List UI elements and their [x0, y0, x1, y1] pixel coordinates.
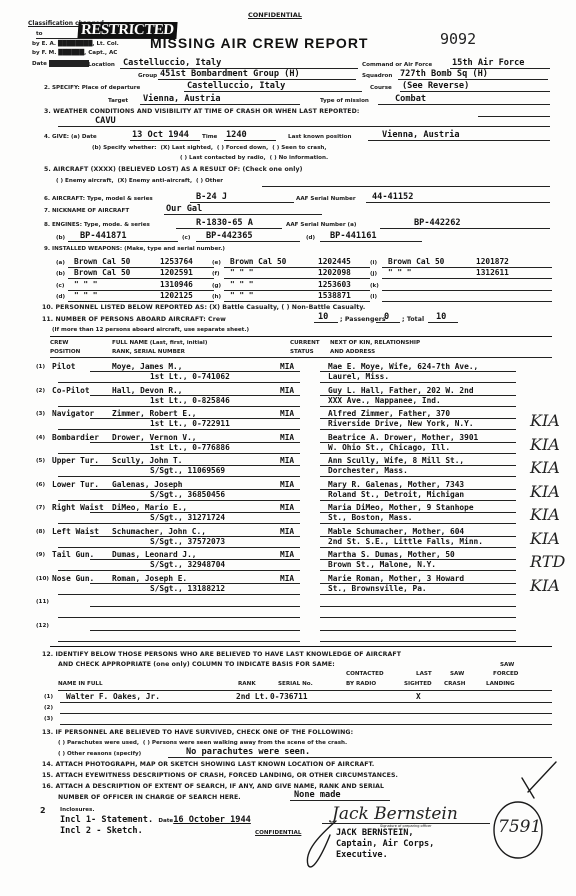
rule	[60, 724, 552, 725]
rule	[158, 79, 356, 80]
rule	[68, 301, 214, 302]
rule	[50, 357, 552, 358]
location-label: Location	[88, 62, 115, 68]
crew-row-number: (10)	[36, 576, 49, 582]
rule	[320, 476, 516, 477]
engines-type-value: R-1830-65 A	[196, 218, 253, 228]
rule	[50, 646, 552, 647]
specify-whether-row2: ( ) Last contacted by radio, ( ) No info…	[180, 155, 328, 161]
rule	[58, 641, 300, 642]
crew-kin-line-1: Alfred Zimmer, Father, 370	[328, 409, 450, 418]
col-crash-1: SAW	[450, 671, 464, 677]
crew-position: Co-Pilot	[52, 386, 90, 395]
report-number: 9092	[440, 30, 476, 48]
weapon-serial: 1312611	[476, 268, 509, 277]
search-value: None made	[294, 790, 341, 800]
rule	[190, 202, 294, 203]
witness-rank: 2nd Lt.	[236, 692, 269, 701]
attach-search-label-1: 16. ATTACH A DESCRIPTION OF EXTENT OF SE…	[42, 783, 384, 790]
weapon-make: " " "	[230, 268, 253, 277]
engine-b-label: (b)	[56, 235, 65, 241]
col-header-kin-2: AND ADDRESS	[330, 349, 375, 355]
weapon-id: (k)	[370, 283, 379, 289]
course-value: (See Reverse)	[402, 81, 469, 91]
weapon-serial: 1310946	[160, 280, 193, 289]
rule	[376, 322, 400, 323]
weapon-serial: 1202591	[160, 268, 193, 277]
crew-row-number: (2)	[36, 388, 45, 394]
date-value: 13 Oct 1944	[132, 130, 189, 140]
weapon-id: (l)	[370, 294, 377, 300]
witness-sighted-mark: X	[416, 692, 421, 701]
last-knowledge-label-1: 12. IDENTIFY BELOW THOSE PERSONS WHO ARE…	[42, 651, 401, 658]
rule	[58, 570, 300, 571]
passengers-count: 0	[384, 312, 389, 322]
rule	[90, 630, 300, 631]
engine-serial-label: AAF Serial Number (a)	[286, 222, 356, 228]
crew-position: Right Waist	[52, 503, 104, 512]
crew-kin-line-2: Dorchester, Mass.	[328, 466, 408, 475]
rule	[320, 641, 516, 642]
engine-serial-c: BP-442365	[206, 231, 253, 241]
weapon-serial: 1253603	[318, 280, 351, 289]
weapon-serial: 1253764	[160, 257, 193, 266]
rule	[382, 290, 552, 291]
crew-annotation: KIA	[530, 411, 560, 430]
rule	[320, 442, 516, 443]
no-information-checkbox: ( ) No information.	[270, 155, 329, 161]
crew-position: Navigator	[52, 409, 94, 418]
rule	[90, 489, 300, 490]
crew-kin-line-1: Martha S. Dumas, Mother, 50	[328, 550, 455, 559]
col-rank: RANK	[238, 681, 256, 687]
rule	[320, 630, 516, 631]
crew-kin-line-2: Roland St., Detroit, Michigan	[328, 490, 464, 499]
crew-position: Lower Tur.	[52, 480, 99, 489]
aircraft-type-value: B-24 J	[196, 192, 227, 202]
crew-kin-line-1: Guy L. Hall, Father, 202 W. 2nd	[328, 386, 474, 395]
crew-rank-serial: 1st Lt., 0-825846	[150, 396, 230, 405]
rule	[224, 140, 276, 141]
crew-kin-line-2: W. Ohio St., Chicago, Ill.	[328, 443, 450, 452]
rule	[90, 395, 300, 396]
crew-kin-line-1: Mae E. Moye, Wife, 624-7th Ave.,	[328, 362, 478, 371]
crew-name: Zimmer, Robert E.,	[112, 409, 197, 418]
crew-status: MIA	[280, 386, 294, 395]
crew-position: Left Waist	[52, 527, 99, 536]
crew-name: DiMeo, Mario E.,	[112, 503, 187, 512]
rule	[36, 38, 156, 39]
crew-name: Schumacher, John C.,	[112, 527, 206, 536]
crew-annotation: KIA	[530, 435, 560, 454]
engine-serial-a: BP-442262	[414, 218, 461, 228]
enemy-aircraft-checkbox: ( ) Enemy aircraft,	[56, 178, 114, 184]
crew-rank-serial: S/Sgt., 13188212	[150, 584, 225, 593]
crew-row-number: (8)	[36, 529, 45, 535]
weapon-make: " " "	[230, 291, 253, 300]
total-label: ; Total	[402, 316, 424, 323]
crew-position: Tail Gun.	[52, 550, 94, 559]
witness-name: Walter F. Oakes, Jr.	[66, 692, 160, 701]
crew-position: Nose Gun.	[52, 574, 94, 583]
rule	[320, 500, 516, 501]
rule	[428, 322, 458, 323]
engine-serial-b: BP-441871	[80, 231, 127, 241]
rule	[290, 800, 390, 801]
rule	[90, 442, 300, 443]
weapons-label: 9. INSTALLED WEAPONS: (Make, type and se…	[44, 246, 225, 252]
rule	[58, 500, 300, 501]
crew-rank-serial: S/Sgt., 11069569	[150, 466, 225, 475]
enclosure-2: Incl 2 - Sketch.	[60, 826, 143, 836]
weapon-serial: 1202125	[160, 291, 193, 300]
col-name: NAME IN FULL	[58, 681, 103, 687]
crew-status: MIA	[280, 480, 294, 489]
weapon-id: (d)	[56, 294, 65, 300]
enclosures-label: Inclosures.	[60, 807, 94, 813]
crew-position: Upper Tur.	[52, 456, 99, 465]
col-serial: SERIAL No.	[278, 681, 313, 687]
col-sighted-1: LAST	[416, 671, 432, 677]
witness-row-number: (1)	[44, 694, 53, 700]
rule	[58, 594, 300, 595]
weapon-make: " " "	[74, 291, 97, 300]
crew-kin-line-2: St., Brownsville, Pa.	[328, 584, 427, 593]
crew-row-number: (5)	[36, 458, 45, 464]
engine-d-label: (d)	[306, 235, 315, 241]
rule	[58, 126, 550, 127]
rule	[224, 278, 370, 279]
mission-value: Combat	[395, 94, 426, 104]
crew-row-number: (7)	[36, 505, 45, 511]
rule	[58, 690, 552, 691]
rule	[314, 322, 338, 323]
crew-name: Hall, Devon R.,	[112, 386, 182, 395]
position-label: Last known position	[288, 134, 351, 140]
weapon-id: (c)	[56, 283, 64, 289]
rule	[320, 395, 516, 396]
rule	[58, 523, 300, 524]
col-radio-1: CONTACTED	[346, 671, 384, 677]
to-label: to	[36, 31, 43, 37]
crew-row-number: (4)	[36, 435, 45, 441]
weapon-id: (b)	[56, 271, 65, 277]
rule	[60, 713, 552, 714]
crew-kin-line-1: Ann Scully, Wife, 8 Mill St.,	[328, 456, 464, 465]
weapon-serial: 1538871	[318, 291, 351, 300]
weapon-serial: 1202445	[318, 257, 351, 266]
rule	[58, 429, 300, 430]
witness-serial: 0-736711	[270, 692, 308, 701]
engine-serial-d: BP-441161	[330, 231, 377, 241]
rule	[176, 228, 282, 229]
crew-kin-line-2: XXX Ave., Nappanee, Ind.	[328, 396, 441, 405]
weapon-make: " " "	[388, 268, 411, 277]
crew-position: Pilot	[52, 362, 75, 371]
page-title: MISSING AIR CREW REPORT	[150, 35, 369, 51]
crew-kin-line-2: 2nd St. S.E., Little Falls, Minn.	[328, 537, 483, 546]
course-label: Course	[370, 85, 392, 91]
aircraft-type-label: 6. AIRCRAFT: Type, model & series	[44, 196, 153, 202]
rule	[58, 406, 300, 407]
rule	[320, 382, 516, 383]
give-label: 4. GIVE: (a) Date	[44, 134, 97, 140]
command-label: Command or Air Force	[362, 62, 432, 68]
crew-rank-serial: S/Sgt., 31271724	[150, 513, 225, 522]
col-header-position-1: CREW	[50, 340, 68, 346]
rule	[164, 214, 322, 215]
crew-status: MIA	[280, 456, 294, 465]
col-header-kin-1: NEXT OF KIN, RELATIONSHIP	[330, 340, 420, 346]
rule	[50, 336, 552, 337]
crew-annotation: KIA	[530, 576, 560, 595]
crew-kin-line-1: Beatrice A. Drower, Mother, 3901	[328, 433, 478, 442]
crew-status: MIA	[280, 433, 294, 442]
weapon-id: (h)	[212, 294, 221, 300]
crew-name: Drower, Vernon V.,	[112, 433, 197, 442]
rule	[140, 104, 300, 105]
crew-kin-line-2: Brown St., Malone, N.Y.	[328, 560, 436, 569]
weather-value: CAVU	[95, 116, 116, 126]
crew-kin-line-1: Maria DiMeo, Mother, 9 Stanhope	[328, 503, 474, 512]
persons-aboard-label: 11. NUMBER OF PERSONS ABOARD AIRCRAFT: C…	[42, 316, 226, 323]
time-label: Time	[202, 134, 217, 140]
rule	[58, 617, 300, 618]
crew-name: Roman, Joseph E.	[112, 574, 187, 583]
crew-status: MIA	[280, 550, 294, 559]
rule	[184, 91, 362, 92]
col-forced-1: SAW	[500, 662, 514, 668]
crew-annotation: KIA	[530, 482, 560, 501]
weapon-make: " " "	[230, 280, 253, 289]
crew-annotation: KIA	[530, 529, 560, 548]
lost-cause-options: ( ) Enemy aircraft, (X) Enemy anti-aircr…	[56, 178, 223, 184]
crew-rank-serial: 1st Lt., 0-722911	[150, 419, 230, 428]
crew-kin-line-2: St., Boston, Mass.	[328, 513, 413, 522]
rule	[90, 418, 300, 419]
crew-position: Bombardier	[52, 433, 99, 442]
weapon-make: " " "	[74, 280, 97, 289]
other-checkbox: ( ) Other	[196, 178, 223, 184]
rule	[320, 547, 516, 548]
crew-name: Dumas, Leonard J.,	[112, 550, 197, 559]
crew-name: Scully, John T.	[112, 456, 182, 465]
crew-status: MIA	[280, 527, 294, 536]
rule	[90, 559, 300, 560]
group-value: 451st Bombardment Group (H)	[160, 69, 300, 79]
enclosure-1: Incl 1- Statement. Date16 October 1944	[60, 815, 251, 825]
rule	[398, 79, 548, 80]
crew-status: MIA	[280, 409, 294, 418]
officer-name: JACK BERNSTEIN,	[336, 828, 414, 838]
position-value: Vienna, Austria	[382, 130, 460, 140]
section2-label: 2. SPECIFY: Place of departure	[44, 85, 140, 91]
crew-rank-serial: 1st Lt., 0-741062	[150, 372, 230, 381]
last-contacted-radio-checkbox: ( ) Last contacted by radio,	[180, 155, 266, 161]
witness-row-number: (3)	[44, 716, 53, 722]
col-sighted-2: SIGHTED	[404, 681, 432, 687]
rule	[130, 140, 200, 141]
attach-eyewitness-label: 15. ATTACH EYEWITNESS DESCRIPTIONS OF CR…	[42, 772, 398, 779]
personnel-reported-label: 10. PERSONNEL LISTED BELOW REPORTED AS: …	[42, 304, 365, 311]
survived-other-value: No parachutes were seen.	[186, 747, 310, 757]
nickname-value: Our Gal	[166, 204, 202, 214]
target-value: Vienna, Austria	[143, 94, 221, 104]
crew-row-number: (11)	[36, 599, 49, 605]
crew-status: MIA	[280, 362, 294, 371]
crew-kin-line-1: Mary R. Galenas, Mother, 7343	[328, 480, 464, 489]
rule	[90, 465, 300, 466]
crew-name: Moye, James M.,	[112, 362, 182, 371]
pen-stroke-icon	[520, 760, 560, 800]
rule	[320, 465, 516, 466]
crew-count: 10	[318, 312, 328, 322]
time-value: 1240	[226, 130, 247, 140]
rule	[382, 278, 552, 279]
declassified-by-1: by E. A. ████████, Lt. Col.	[32, 41, 119, 47]
crew-annotation: KIA	[530, 458, 560, 477]
aircraft-serial-value: 44-41152	[372, 192, 413, 202]
weapon-serial: 1201872	[476, 257, 509, 266]
signature: Jack Bernstein	[332, 804, 458, 824]
rule	[368, 140, 550, 141]
rule	[320, 241, 422, 242]
crew-kin-line-2: Laurel, Miss.	[328, 372, 389, 381]
rule	[90, 536, 300, 537]
weapon-serial: 1202098	[318, 268, 351, 277]
rule	[168, 757, 552, 758]
rule	[90, 583, 300, 584]
weapon-id: (e)	[212, 260, 221, 266]
col-header-name-2: RANK, SERIAL NUMBER	[112, 349, 185, 355]
enemy-antiaircraft-checkbox: (X) Enemy anti-aircraft,	[117, 178, 192, 184]
crew-kin-line-2: Riverside Drive, New York, N.Y.	[328, 419, 474, 428]
crew-name: Galenas, Joseph	[112, 480, 182, 489]
attach-photo-label: 14. ATTACH PHOTOGRAPH, MAP OR SKETCH SHO…	[42, 761, 374, 768]
col-crash-2: CRASH	[444, 681, 465, 687]
col-forced-2: FORCED	[493, 671, 518, 677]
persons-aboard-note: (If more than 12 persons aboard aircraft…	[52, 327, 249, 333]
attach-search-label-2: NUMBER OF OFFICER IN CHARGE OF SEARCH HE…	[58, 794, 241, 801]
group-label: Group	[138, 73, 157, 79]
rule	[366, 202, 550, 203]
rule	[320, 594, 516, 595]
rule	[90, 512, 300, 513]
rule	[224, 301, 370, 302]
circled-number: 7591	[498, 817, 541, 837]
command-value: 15th Air Force	[452, 58, 524, 68]
officer-title: Executive.	[336, 850, 388, 860]
crew-row-number: (9)	[36, 552, 45, 558]
aircraft-lost-label: 5. AIRCRAFT (XXXX) (BELIEVED LOST) AS A …	[44, 166, 303, 173]
rule	[58, 547, 300, 548]
crew-rank-serial: 1st Lt., 0-776886	[150, 443, 230, 452]
crew-status: MIA	[280, 503, 294, 512]
squadron-label: Squadron	[362, 73, 392, 79]
total-count: 10	[436, 312, 446, 322]
weapon-id: (a)	[56, 260, 65, 266]
forced-down-checkbox: ( ) Forced down,	[217, 145, 268, 151]
rule	[90, 606, 300, 607]
confidential-bottom-stamp: CONFIDENTIAL	[255, 830, 301, 836]
rule	[90, 371, 300, 372]
rule	[320, 617, 516, 618]
survived-opt-other-label: ( ) Other reasons (specify)	[58, 751, 141, 757]
engine-c-label: (c)	[182, 235, 190, 241]
document-page: Classification changed to RESTRICTED by …	[0, 0, 576, 896]
crew-kin-line-1: Marie Roman, Mother, 3 Howard	[328, 574, 464, 583]
rule	[320, 453, 516, 454]
crew-rank-serial: S/Sgt., 37572073	[150, 537, 225, 546]
rule	[320, 559, 516, 560]
rule	[196, 241, 300, 242]
weapon-make: Brown Cal 50	[230, 257, 286, 266]
rule	[380, 228, 550, 229]
col-header-status-1: CURRENT	[290, 340, 320, 346]
rule	[320, 429, 516, 430]
weapon-id: (i)	[370, 260, 377, 266]
redacted-block	[49, 60, 89, 67]
rule	[320, 606, 516, 607]
col-header-position-2: POSITION	[50, 349, 80, 355]
rule	[400, 91, 550, 92]
confidential-top-stamp: CONFIDENTIAL	[248, 11, 302, 19]
crew-annotation: KIA	[530, 505, 560, 524]
enclosures-count: 2	[40, 806, 46, 815]
rule	[320, 512, 516, 513]
seen-to-crash-checkbox: ( ) Seen to crash,	[272, 145, 326, 151]
rule	[382, 301, 552, 302]
weapon-id: (f)	[212, 271, 220, 277]
engines-label: 8. ENGINES: Type, mode. & series	[44, 222, 150, 228]
crew-rank-serial: S/Sgt., 32948704	[150, 560, 225, 569]
rule	[478, 116, 550, 117]
crew-kin-line-1: Mable Schumacher, Mother, 604	[328, 527, 464, 536]
last-sighted-checkbox: (X) Last sighted,	[160, 145, 213, 151]
rule	[320, 536, 516, 537]
last-knowledge-label-2: AND CHECK APPROPRIATE (one only) COLUMN …	[58, 661, 335, 668]
rule	[262, 186, 550, 187]
weapon-id: (j)	[370, 271, 377, 277]
col-radio-2: BY RADIO	[346, 681, 376, 687]
rule	[320, 570, 516, 571]
crew-annotation: RTD	[530, 552, 565, 571]
date-label: Date	[32, 60, 89, 67]
crew-rank-serial: S/Sgt., 36850456	[150, 490, 225, 499]
rule	[58, 476, 300, 477]
col-header-name-1: FULL NAME (Last, first, initial)	[112, 340, 207, 346]
survived-label: 13. IF PERSONNEL ARE BELIEVED TO HAVE SU…	[42, 729, 353, 736]
rule	[320, 583, 516, 584]
rule	[58, 453, 300, 454]
rule	[378, 104, 550, 105]
nickname-label: 7. NICKNAME OF AIRCRAFT	[44, 208, 129, 214]
rule	[68, 278, 214, 279]
rule	[320, 406, 516, 407]
mission-label: Type of mission	[320, 98, 369, 104]
rule	[58, 382, 300, 383]
rule	[68, 241, 178, 242]
crew-row-number: (6)	[36, 482, 45, 488]
col-forced-3: LANDING	[486, 681, 515, 687]
witness-row-number: (2)	[44, 705, 53, 711]
rule	[320, 371, 516, 372]
officer-rank: Captain, Air Corps,	[336, 839, 434, 849]
weapon-id: (g)	[212, 283, 221, 289]
departure-value: Castelluccio, Italy	[187, 81, 285, 91]
weapon-make: Brown Cal 50	[74, 257, 130, 266]
aircraft-serial-label: AAF Serial Number	[296, 196, 356, 202]
